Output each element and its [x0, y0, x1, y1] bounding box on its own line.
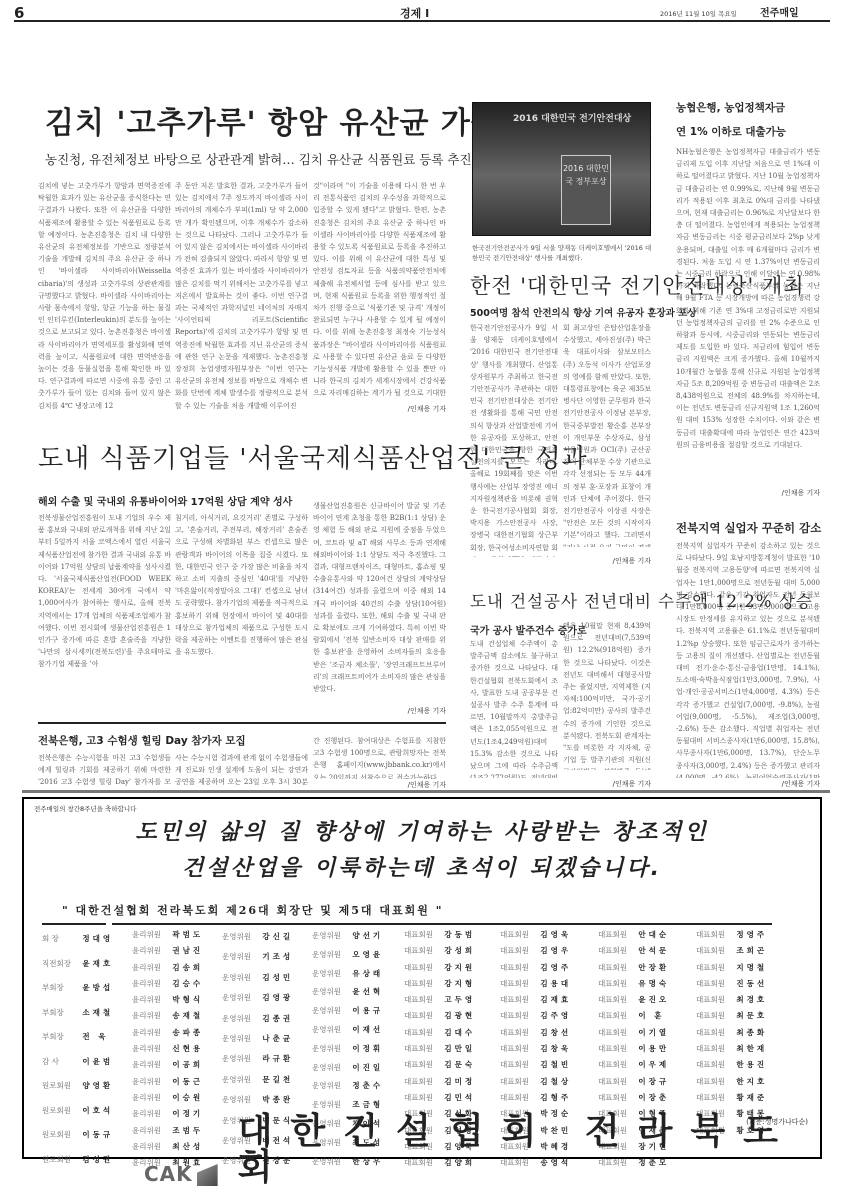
- construction-column-1: 도내 건설업체 수주액이 총 발주금액 감소에도 불구하고 증가한 것으로 나타…: [470, 638, 558, 778]
- roster-name: 김성권: [82, 1155, 113, 1164]
- roster-role: 대표회원: [696, 992, 734, 1008]
- roster-role: 운영위원: [222, 947, 260, 967]
- roster-role: 대표회원: [500, 1057, 538, 1073]
- safety-column-1: 한국전기안전공사가 9일 서울 양재동 더케이호텔에서 '2016 대한민국 전…: [470, 322, 558, 557]
- roster-role: 대표회원: [696, 960, 734, 976]
- nh-headline-line1: 농협은행, 농업정책자금: [676, 100, 785, 115]
- roster-name: 전 욱: [82, 1032, 108, 1041]
- roster-role: 원로회원: [42, 1123, 80, 1148]
- roster-name: 유명숙: [638, 979, 669, 988]
- roster-entry: 회 장 정대영: [42, 927, 113, 952]
- roster-entry: 대표회원 안대순: [598, 927, 669, 943]
- roster-role: 대표회원: [500, 976, 538, 992]
- roster-name: 강신길: [262, 932, 293, 941]
- roster-name: 윤재호: [82, 959, 113, 968]
- roster-role: 윤리위원: [132, 1008, 170, 1024]
- roster-entry: 윤리위원 이동근: [132, 1074, 203, 1090]
- roster-role: 대표회원: [500, 960, 538, 976]
- article-divider: [38, 722, 446, 724]
- jobs-body: 전북지역 실업자가 꾸준히 감소하고 있는 것으로 나타났다. 9일 호남지방통…: [676, 540, 820, 778]
- roster-role: 대표회원: [598, 1057, 636, 1073]
- roster-role: 부회장: [42, 1001, 80, 1026]
- roster-role: 대표회원: [598, 1008, 636, 1024]
- roster-role: 운영위원: [312, 965, 350, 984]
- roster-name: 안석문: [638, 946, 669, 955]
- roster-role: 대표회원: [404, 1057, 442, 1073]
- kimchi-column-1: 김치에 넣는 고춧가루가 항암과 면역증진에 탁월한 효과가 있는 유산균을 증…: [38, 180, 171, 410]
- roster-role: 윤리위원: [132, 976, 170, 992]
- roster-entry: 운영위원 라규환: [222, 1049, 293, 1069]
- roster-rule-left: [42, 923, 106, 925]
- safety-column-2: 회 최고상인 은탑산업훈장을 수상했고, 세아진성(주) 박근욱 대표이사와 삼…: [563, 322, 651, 547]
- roster-name: 김용대: [540, 979, 571, 988]
- kimchi-subhead: 농진청, 유전체정보 바탕으로 상관관계 밝혀… 김치 유산균 식품원료 등록 …: [45, 150, 472, 168]
- roster-entry: 대표회원 최종화: [696, 1025, 767, 1041]
- roster-role: 대표회원: [500, 927, 538, 943]
- roster-name: 최종화: [736, 1028, 767, 1037]
- food-expo-subhead: 해외 수출 및 국내외 유통바이어와 17억원 상담 계약 성사: [38, 493, 292, 508]
- roster-name: 정대영: [82, 934, 113, 943]
- roster-name: 유상래: [352, 969, 383, 978]
- roster-role: 대표회원: [598, 943, 636, 959]
- roster-entry: 운영위원 윤선혁: [312, 983, 383, 1002]
- roster-name: 강동범: [444, 930, 475, 939]
- roster-name: 김철상: [540, 1077, 571, 1086]
- roster-role: 대표회원: [696, 1057, 734, 1073]
- photo-board-text: 2016 대한민국 정부포상: [561, 155, 611, 225]
- roster-name: 강성희: [444, 946, 475, 955]
- roster-entry: 대표회원 지명철: [696, 960, 767, 976]
- kimchi-column-3: 것"이라며 "이 기술을 이용해 다시 한 번 우리 전통식품인 김치의 우수성…: [313, 180, 446, 400]
- roster-name: 이기열: [638, 1028, 669, 1037]
- roster-role: 윤리위원: [132, 1025, 170, 1041]
- roster-role: 대표회원: [696, 1008, 734, 1024]
- roster-name: 김창선: [540, 1028, 571, 1037]
- roster-name: 이승원: [172, 1093, 203, 1102]
- roster-entry: 윤리위원 김승수: [132, 976, 203, 992]
- roster-name: 정춘수: [352, 1081, 383, 1090]
- roster-entry: 운영위원 이진일: [312, 1059, 383, 1078]
- food-expo-column-1: 전북생물산업진흥원이 도내 기업의 우수 제품 홍보와 국내외 판로개척을 위해…: [38, 512, 171, 720]
- roster-role: 감 사: [42, 1050, 80, 1075]
- roster-name: 강지원: [444, 963, 475, 972]
- roster-name: 이장규: [638, 1077, 669, 1086]
- executives-list: 회 장 정대영 직전회장 윤재호 부회장 윤방섭 부회장 소재철 부회장 전 욱…: [42, 927, 113, 1172]
- roster-role: 대표회원: [404, 1008, 442, 1024]
- roster-name: 윤방섭: [82, 983, 113, 992]
- jbbank-column-3: 간 진행된다. 참여대상은 수험표를 지참한 고3 수험생 100명으로, 관람…: [313, 735, 446, 779]
- roster-name: 신현용: [172, 1044, 203, 1053]
- roster-name: 김만일: [444, 1044, 475, 1053]
- roster-name: 양영환: [82, 1081, 113, 1090]
- roster-role: 대표회원: [696, 1074, 734, 1090]
- roster-name: 최경호: [736, 995, 767, 1004]
- roster-name: 김주영: [540, 1011, 571, 1020]
- kimchi-byline: /인채용 기자: [313, 404, 446, 414]
- roster-name: 김영광: [262, 993, 293, 1002]
- roster-entry: 대표회원 김영우: [500, 943, 571, 959]
- roster-role: 운영위원: [222, 1070, 260, 1090]
- roster-name: 김미정: [444, 1077, 475, 1086]
- roster-entry: 대표회원 유명숙: [598, 976, 669, 992]
- roster-entry: 대표회원 진동선: [696, 976, 767, 992]
- safety-subhead: 500여명 참석 안전의식 향상 기여 유공자 훈장과 포상: [470, 305, 697, 319]
- roster-role: 운영위원: [222, 1049, 260, 1069]
- roster-role: 대표회원: [404, 1090, 442, 1106]
- roster-entry: 원로회원 이호석: [42, 1099, 113, 1124]
- roster-role: 대표회원: [696, 976, 734, 992]
- roster-role: 운영위원: [312, 1059, 350, 1078]
- roster-entry: 대표회원 김영욱: [500, 927, 571, 943]
- roster-role: 대표회원: [696, 1025, 734, 1041]
- roster-entry: 윤리위원 권남진: [132, 943, 203, 959]
- roster-name: 김형주: [540, 1093, 571, 1102]
- roster-name: 나춘균: [262, 1034, 293, 1043]
- roster-entry: 대표회원 강지원: [404, 960, 475, 976]
- roster-role: 대표회원: [696, 1041, 734, 1057]
- roster-entry: 윤리위원 박형식: [132, 992, 203, 1008]
- roster-role: 대표회원: [696, 1090, 734, 1106]
- construction-byline: /인채용 기자: [563, 779, 651, 789]
- roster-role: 운영위원: [222, 1090, 260, 1110]
- roster-entry: 윤리위원 이공희: [132, 1057, 203, 1073]
- roster-entry: 대표회원 김광현: [404, 1008, 475, 1024]
- roster-entry: 윤리위원 김송희: [132, 960, 203, 976]
- roster-name: 기조성: [262, 952, 293, 961]
- roster-role: 대표회원: [696, 943, 734, 959]
- roster-role: 대표회원: [598, 1090, 636, 1106]
- jobs-byline: /인채용 기자: [676, 779, 820, 789]
- roster-entry: 원로회원 이동규: [42, 1123, 113, 1148]
- roster-role: 부회장: [42, 976, 80, 1001]
- roster-role: 윤리위원: [132, 943, 170, 959]
- kimchi-headline: 김치 '고추가루' 항암 유산균 가득: [45, 98, 501, 142]
- jbbank-column-2: 사는 수능시험 결과에 관계 없이 수험생들에게 진로와 인생 설계에 도움이 …: [175, 752, 308, 792]
- jbbank-headline: 전북은행, 고3 수험생 힐링 Day 참가자 모집: [38, 733, 246, 748]
- roster-name: 김철빈: [540, 1060, 571, 1069]
- roster-entry: 대표회원 강성희: [404, 943, 475, 959]
- roster-name: 김종권: [262, 1014, 293, 1023]
- roster-role: 대표회원: [598, 1074, 636, 1090]
- roster-role: 대표회원: [404, 927, 442, 943]
- roster-name: 정영주: [736, 930, 767, 939]
- roster-name: 김문숙: [444, 1060, 475, 1069]
- roster-role: 원로회원: [42, 1099, 80, 1124]
- roster-entry: 운영위원 양선기: [312, 927, 383, 946]
- representatives-list-4: 대표회원 정영주 대표회원 조희곤 대표회원 지명철 대표회원 진동선 대표회원…: [696, 927, 767, 1139]
- roster-name: 김대수: [444, 1028, 475, 1037]
- association-name: 대한건설협회 전라북도회: [238, 1114, 820, 1186]
- roster-entry: 대표회원 이장춘: [598, 1090, 669, 1106]
- nh-byline: /인채용 기자: [676, 488, 820, 498]
- roster-entry: 운영위원 이정휘: [312, 1040, 383, 1059]
- roster-name: 한용진: [736, 1060, 767, 1069]
- issue-date: 2016년 11월 10일 목요일: [660, 9, 737, 18]
- photo-banner-text: 2016 대한민국 전기안전대상: [513, 111, 631, 124]
- roster-entry: 대표회원 황재준: [696, 1090, 767, 1106]
- photo-caption: 한국전기안전공사가 9일 서울 양재동 더케이호텔에서 '2016 대한민국 전…: [472, 243, 652, 263]
- roster-title: " 대한건설협회 전라북도회 제26대 회장단 및 제5대 대표회원 ": [62, 902, 443, 918]
- roster-entry: 운영위원 유상래: [312, 965, 383, 984]
- roster-entry: 운영위원 이재선: [312, 1021, 383, 1040]
- roster-entry: 대표회원 김만일: [404, 1041, 475, 1057]
- roster-role: 윤리위원: [132, 1057, 170, 1073]
- roster-entry: 대표회원 안석문: [598, 943, 669, 959]
- roster-name: 최한재: [736, 1044, 767, 1053]
- roster-entry: 부회장 소재철: [42, 1001, 113, 1026]
- ad-slogan-line1: 도민의 삶의 질 향상에 기여하는 사랑받는 창조적인: [24, 815, 820, 846]
- roster-name: 김영우: [540, 946, 571, 955]
- roster-rule: [112, 923, 772, 925]
- roster-name: 라규환: [262, 1054, 293, 1063]
- roster-name: 이동규: [82, 1130, 113, 1139]
- roster-entry: 윤리위원 송재철: [132, 1008, 203, 1024]
- nh-body: NH농협은행은 농업정책자금 대출금리가 변동금리제 도입 이후 지난달 처음으…: [676, 146, 820, 488]
- roster-role: 직전회장: [42, 952, 80, 977]
- roster-entry: 대표회원 조희곤: [696, 943, 767, 959]
- roster-entry: 대표회원 이우제: [598, 1057, 669, 1073]
- roster-role: 원로회원: [42, 1148, 80, 1173]
- page-header: 6 경제 I 2016년 11월 10일 목요일 전주매일: [0, 0, 842, 22]
- roster-role: 대표회원: [598, 927, 636, 943]
- roster-name: 김영주: [540, 963, 571, 972]
- roster-role: 윤리위원: [132, 927, 170, 943]
- roster-entry: 운영위원 강신길: [222, 927, 293, 947]
- roster-name: 소재철: [82, 1008, 113, 1017]
- roster-name: 윤선혁: [352, 987, 383, 996]
- roster-role: 대표회원: [404, 943, 442, 959]
- roster-role: 대표회원: [404, 960, 442, 976]
- roster-role: 대표회원: [500, 943, 538, 959]
- roster-entry: 대표회원 최문호: [696, 1008, 767, 1024]
- roster-role: 운영위원: [312, 1040, 350, 1059]
- roster-name: 이윤범: [82, 1057, 113, 1066]
- roster-entry: 대표회원 이장규: [598, 1074, 669, 1090]
- ad-congrats: 전주매일의 창간8주년을 축하합니다: [34, 804, 136, 813]
- newspaper-name: 전주매일: [760, 4, 799, 19]
- roster-entry: 대표회원 안장환: [598, 960, 669, 976]
- roster-entry: 대표회원 김철상: [500, 1074, 571, 1090]
- roster-entry: 운영위원 나춘균: [222, 1029, 293, 1049]
- roster-entry: 윤리위원 이승원: [132, 1090, 203, 1106]
- roster-name: 지명철: [736, 963, 767, 972]
- roster-role: 대표회원: [404, 992, 442, 1008]
- roster-name: 황재준: [736, 1093, 767, 1102]
- roster-entry: 대표회원 최경호: [696, 992, 767, 1008]
- roster-name: 송파종: [172, 1028, 203, 1037]
- roster-name: 한지호: [736, 1077, 767, 1086]
- roster-entry: 대표회원 김창욱: [500, 1041, 571, 1057]
- food-expo-column-2: 침거리, 아식거리, 요깃거리' 존별로 구성하고, '혼술거리, 주전부리, …: [175, 512, 308, 720]
- roster-name: 이용규: [352, 1006, 383, 1015]
- roster-entry: 대표회원 김미정: [404, 1074, 475, 1090]
- roster-entry: 운영위원 정춘수: [312, 1077, 383, 1096]
- roster-entry: 대표회원 김재효: [500, 992, 571, 1008]
- roster-name: 조금형: [352, 1100, 383, 1109]
- roster-entry: 부회장 윤방섭: [42, 976, 113, 1001]
- roster-name: 양선기: [352, 931, 383, 940]
- roster-name: 권남진: [172, 946, 203, 955]
- roster-entry: 대표회원 김형주: [500, 1090, 571, 1106]
- safety-byline: /인채용 기자: [563, 556, 651, 566]
- construction-column-2: 액은 10월말 현재 8,439억원으로 전년대비(7,539억원) 12.2%…: [563, 620, 651, 770]
- roster-role: 대표회원: [500, 992, 538, 1008]
- roster-name: 송재철: [172, 1011, 203, 1020]
- roster-name: 이장춘: [638, 1093, 669, 1102]
- roster-entry: 운영위원 김성민: [222, 968, 293, 988]
- roster-role: 대표회원: [598, 1041, 636, 1057]
- roster-entry: 직전회장 윤재호: [42, 952, 113, 977]
- roster-role: 대표회원: [500, 1025, 538, 1041]
- roster-name: 김민석: [444, 1093, 475, 1102]
- roster-role: 대표회원: [404, 1074, 442, 1090]
- roster-role: 회 장: [42, 927, 80, 952]
- roster-entry: 대표회원 김창선: [500, 1025, 571, 1041]
- roster-entry: 대표회원 김영주: [500, 960, 571, 976]
- roster-name: 윤진오: [638, 995, 669, 1004]
- roster-entry: 대표회원 김민석: [404, 1090, 475, 1106]
- roster-role: 운영위원: [312, 927, 350, 946]
- roster-entry: 대표회원 강지형: [404, 976, 475, 992]
- roster-role: 대표회원: [404, 1025, 442, 1041]
- roster-role: 윤리위원: [132, 1041, 170, 1057]
- food-expo-column-3: 생물산업진흥원은 신규바이어 발굴 및 기존 바이어 연계 초청을 통한 B2B…: [313, 500, 446, 705]
- roster-name: 강지형: [444, 979, 475, 988]
- roster-entry: 대표회원 강동범: [404, 927, 475, 943]
- roster-name: 이진일: [352, 1063, 383, 1072]
- roster-name: 이 훈: [638, 1011, 664, 1020]
- jobs-headline: 전북지역 실업자 꾸준히 감소: [676, 520, 821, 536]
- roster-role: 대표회원: [500, 1041, 538, 1057]
- roster-name: 김창욱: [540, 1044, 571, 1053]
- roster-entry: 운영위원 박종완: [222, 1090, 293, 1110]
- roster-entry: 대표회원 고두영: [404, 992, 475, 1008]
- advertisement: 전주매일의 창간8주년을 축하합니다 도민의 삶의 질 향상에 기여하는 사랑받…: [22, 797, 822, 1159]
- roster-entry: 원로회원 김성권: [42, 1148, 113, 1173]
- cak-logo-text: CAK: [144, 1162, 193, 1186]
- award-ceremony-photo: 2016 대한민국 전기안전대상 2016 대한민국 정부포상: [472, 102, 651, 236]
- roster-role: 대표회원: [500, 1074, 538, 1090]
- roster-entry: 대표회원 김주영: [500, 1008, 571, 1024]
- roster-entry: 대표회원 이 훈: [598, 1008, 669, 1024]
- roster-entry: 대표회원 김문숙: [404, 1057, 475, 1073]
- section-name: 경제 I: [400, 5, 429, 21]
- roster-name: 김승수: [172, 979, 203, 988]
- roster-name: 이동근: [172, 1077, 203, 1086]
- roster-entry: 운영위원 김종권: [222, 1009, 293, 1029]
- roster-entry: 운영위원 기조성: [222, 947, 293, 967]
- roster-name: 김성민: [262, 973, 293, 982]
- roster-entry: 윤리위원 곽범도: [132, 927, 203, 943]
- roster-role: 운영위원: [222, 968, 260, 988]
- roster-entry: 대표회원 이용만: [598, 1041, 669, 1057]
- roster-name: 이공희: [172, 1060, 203, 1069]
- roster-role: 대표회원: [598, 992, 636, 1008]
- roster-role: 부회장: [42, 1025, 80, 1050]
- roster-role: 원로회원: [42, 1074, 80, 1099]
- roster-entry: 윤리위원 신현용: [132, 1041, 203, 1057]
- roster-role: 운영위원: [312, 1002, 350, 1021]
- jbbank-column-1: 전북은행은 수능시험을 마친 고3 수험생들에게 힐링과 기회를 제공하기 위해…: [38, 752, 171, 792]
- roster-role: 대표회원: [696, 927, 734, 943]
- roster-name: 박종완: [262, 1095, 293, 1104]
- roster-name: 안장환: [638, 963, 669, 972]
- roster-entry: 운영위원 김영광: [222, 988, 293, 1008]
- roster-role: 윤리위원: [132, 960, 170, 976]
- roster-role: 운영위원: [312, 1077, 350, 1096]
- roster-role: 대표회원: [598, 960, 636, 976]
- roster-entry: 대표회원 김철빈: [500, 1057, 571, 1073]
- roster-name: 김광현: [444, 1011, 475, 1020]
- roster-name: 김영욱: [540, 930, 571, 939]
- roster-role: 대표회원: [404, 976, 442, 992]
- ad-separator: [22, 790, 830, 793]
- roster-name: 문길천: [262, 1075, 293, 1084]
- roster-name: 조희곤: [736, 946, 767, 955]
- roster-entry: 감 사 이윤범: [42, 1050, 113, 1075]
- roster-name: 김재효: [540, 995, 571, 1004]
- roster-name: 안대순: [638, 930, 669, 939]
- roster-name: 박형식: [172, 995, 203, 1004]
- roster-name: 이호석: [82, 1106, 113, 1115]
- roster-role: 대표회원: [500, 1008, 538, 1024]
- roster-entry: 대표회원 이기열: [598, 1025, 669, 1041]
- roster-role: 운영위원: [222, 927, 260, 947]
- roster-role: 운영위원: [312, 1021, 350, 1040]
- roster-entry: 대표회원 최한재: [696, 1041, 767, 1057]
- roster-entry: 운영위원 문길천: [222, 1070, 293, 1090]
- roster-name: 이정휘: [352, 1044, 383, 1053]
- roster-name: 곽범도: [172, 930, 203, 939]
- roster-entry: 대표회원 윤진오: [598, 992, 669, 1008]
- roster-name: 오영윤: [352, 950, 383, 959]
- roster-role: 운영위원: [312, 983, 350, 1002]
- roster-role: 대표회원: [598, 976, 636, 992]
- roster-role: 윤리위원: [132, 1074, 170, 1090]
- roster-entry: 부회장 전 욱: [42, 1025, 113, 1050]
- header-rule: [14, 20, 830, 22]
- roster-role: 대표회원: [500, 1090, 538, 1106]
- roster-entry: 원로회원 양영환: [42, 1074, 113, 1099]
- roster-name: 이우제: [638, 1060, 669, 1069]
- roster-entry: 운영위원 이용규: [312, 1002, 383, 1021]
- roster-entry: 대표회원 정영주: [696, 927, 767, 943]
- roster-role: 윤리위원: [132, 1090, 170, 1106]
- roster-name: 최문호: [736, 1011, 767, 1020]
- roster-role: 운영위원: [222, 1029, 260, 1049]
- ad-slogan-line2: 건설산업을 이룩하는데 초석이 되겠습니다.: [24, 851, 820, 882]
- roster-name: 김송희: [172, 963, 203, 972]
- food-expo-byline: /인채용 기자: [313, 706, 446, 716]
- roster-entry: 대표회원 한지호: [696, 1074, 767, 1090]
- roster-role: 대표회원: [598, 1025, 636, 1041]
- roster-name: 고두영: [444, 995, 475, 1004]
- jbbank-byline: /인채용 기자: [313, 780, 446, 790]
- roster-entry: 운영위원 오영윤: [312, 946, 383, 965]
- roster-role: 대표회원: [404, 1041, 442, 1057]
- association-logo: CAK 대한건설협회 전라북도회: [144, 1114, 820, 1186]
- roster-role: 윤리위원: [132, 992, 170, 1008]
- roster-name: 진동선: [736, 979, 767, 988]
- nh-headline-line2: 연 1% 이하로 대출가능: [676, 124, 786, 139]
- roster-name: 이재선: [352, 1025, 383, 1034]
- roster-name: 이용만: [638, 1044, 669, 1053]
- roster-role: 운영위원: [222, 988, 260, 1008]
- roster-role: 운영위원: [312, 946, 350, 965]
- roster-entry: 대표회원 김대수: [404, 1025, 475, 1041]
- kimchi-column-2: 주 동안 저온 발효한 결과, 고춧가루가 들어 있는 김치에서 7주 정도까지…: [175, 180, 308, 410]
- roster-entry: 대표회원 한용진: [696, 1057, 767, 1073]
